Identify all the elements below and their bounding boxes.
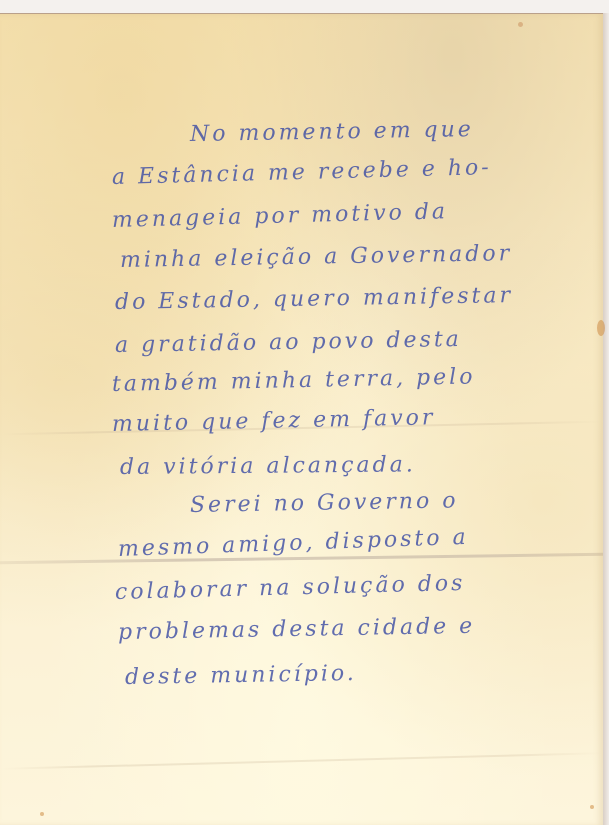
letter-line: a Estância me recebe e ho- bbox=[112, 155, 492, 190]
letter-line: da vitória alcançada. bbox=[120, 452, 416, 480]
letter-line: muito que fez em favor bbox=[112, 405, 436, 437]
letter-line: mesmo amigo, disposto a bbox=[118, 525, 469, 562]
letter-line: minha eleição a Governador bbox=[120, 241, 513, 273]
letter-body: No momento em que a Estância me recebe e… bbox=[0, 0, 609, 825]
letter-line: Serei no Governo o bbox=[190, 488, 459, 518]
letter-line: No momento em que bbox=[190, 117, 474, 147]
letter-line: deste município. bbox=[125, 661, 357, 690]
letter-line: a gratidão ao povo desta bbox=[115, 327, 462, 358]
letter-line: do Estado, quero manifestar bbox=[115, 283, 513, 315]
scanned-letter: No momento em que a Estância me recebe e… bbox=[0, 0, 609, 825]
letter-line: também minha terra, pelo bbox=[112, 364, 476, 397]
letter-line: colaborar na solução dos bbox=[115, 571, 466, 605]
letter-line: problemas desta cidade e bbox=[118, 614, 476, 645]
letter-line: menageia por motivo da bbox=[112, 199, 449, 233]
